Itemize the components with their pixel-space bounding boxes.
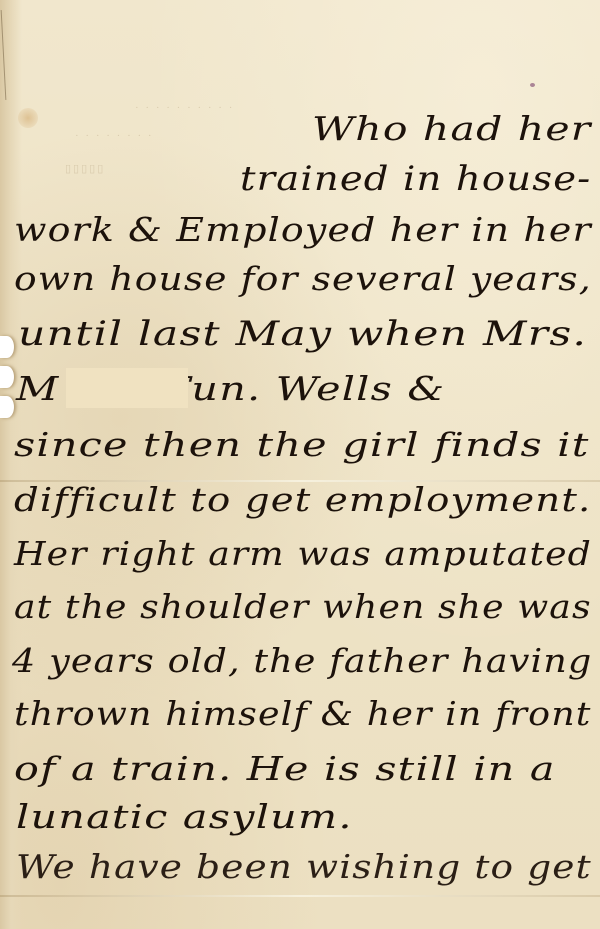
paper-fold bbox=[0, 895, 600, 897]
letter-line-10: at the shoulder when she was bbox=[14, 590, 592, 623]
redaction-box bbox=[66, 368, 188, 408]
letter-line-13: of a train. He is still in a bbox=[14, 752, 556, 785]
torn-hole bbox=[0, 396, 14, 418]
letter-line-11: 4 years old, the father having bbox=[12, 644, 592, 677]
letter-line-3: work & Employed her in her bbox=[14, 213, 592, 246]
letter-line-2: trained in house- bbox=[240, 162, 591, 196]
paper-stain bbox=[18, 108, 38, 128]
letterhead-line: · · · · · · · · bbox=[75, 130, 154, 142]
letterhead-line: · · · · · · · · · · bbox=[135, 102, 234, 114]
letter-line-15: We have been wishing to get bbox=[16, 850, 592, 883]
letter-line-9: Her right arm was amputated bbox=[14, 537, 592, 570]
paper-left-edge bbox=[0, 0, 22, 929]
letter-line-5: until last May when Mrs. bbox=[18, 317, 587, 351]
torn-hole bbox=[0, 366, 14, 388]
letter-line-12: thrown himself & her in front bbox=[14, 697, 591, 730]
letter-line-14: lunatic asylum. bbox=[16, 800, 353, 833]
letterhead-line: ▯▯▯▯▯ bbox=[65, 162, 105, 175]
letter-page: · · · · · · · · · · · · · · · · · · (fad… bbox=[0, 0, 600, 929]
letter-line-8: difficult to get employment. bbox=[14, 483, 591, 516]
letter-line-1: Who had her bbox=[312, 112, 592, 145]
letter-line-7: since then the girl finds it bbox=[14, 428, 590, 461]
torn-hole bbox=[0, 336, 14, 358]
letter-line-4: own house for several years, bbox=[14, 262, 592, 295]
ink-mark bbox=[530, 83, 535, 87]
